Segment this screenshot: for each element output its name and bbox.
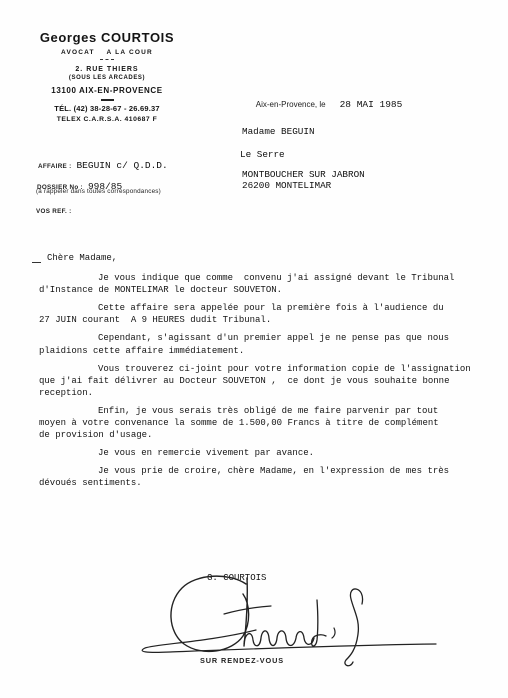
body-line: dévoués sentiments. [39,477,471,489]
body-line: que j'ai fait délivrer au Docteur SOUVET… [39,375,471,387]
affaire-label: AFFAIRE : [38,163,71,170]
body-line: Enfin, je vous serais très obligé de me … [39,405,471,417]
paragraph: Je vous prie de croire, chère Madame, en… [39,465,471,489]
place-date-label: Aix-en-Provence, le [256,100,326,109]
body-line: Cette affaire sera appelée pour la premi… [39,302,471,314]
paragraph: Vous trouverez ci-joint pour votre infor… [39,363,471,399]
sender-title: AVOCAT A LA COUR [28,49,186,56]
affaire-value: BEGUIN c/ Q.D.D. [76,160,167,171]
dateline: Aix-en-Provence, le28 MAI 1985 [238,76,402,130]
letterhead-dashed-rule [100,59,114,60]
body-line: d'Instance de MONTELIMAR le docteur SOUV… [39,284,471,296]
letter-body: Chère Madame, Je vous indique que comme … [39,252,471,496]
footer-note: SUR RENDEZ-VOUS [200,656,284,665]
body-line: Je vous en remercie vivement par avance. [39,447,471,459]
recipient-city: 26200 MONTELIMAR [242,180,331,191]
sender-telex: TELEX C.A.R.S.A. 410687 F [28,116,186,123]
paragraph: Je vous indique que comme convenu j'ai a… [39,272,471,296]
sender-city: 13100 AIX-EN-PROVENCE [28,86,186,95]
recipient-place: Le Serre [240,149,285,160]
paragraph: Cependant, s'agissant d'un premier appel… [39,332,471,356]
paragraph: Je vous en remercie vivement par avance. [39,447,471,459]
body-line: reception. [39,387,471,399]
body-line: Je vous prie de croire, chère Madame, en… [39,465,471,477]
vos-ref-row: VOS REF. : [36,200,72,218]
body-line: plaidions cette affaire immédiatement. [39,345,471,357]
letter-page: Georges COURTOIS AVOCAT A LA COUR 2. RUE… [0,0,508,698]
affaire-row: AFFAIRE :BEGUIN c/ Q.D.D. [38,155,168,173]
recipient-name: Madame BEGUIN [242,126,315,137]
letterhead: Georges COURTOIS AVOCAT A LA COUR 2. RUE… [28,30,186,123]
body-line: Je vous indique que comme convenu j'ai a… [39,272,471,284]
sender-name: Georges COURTOIS [28,30,186,45]
handwritten-signature [138,572,450,684]
sender-street-note: (SOUS LES ARCADES) [28,75,186,81]
body-line: 27 JUIN courant A 9 HEURES dudit Tribuna… [39,314,471,326]
letter-date: 28 MAI 1985 [340,99,403,110]
sender-phone: TÉL. (42) 38-28-67 - 26.69.37 [28,104,186,113]
body-line: moyen à votre convenance la somme de 1.5… [39,417,471,429]
sender-street: 2. RUE THIERS [28,66,186,73]
body-line: Cependant, s'agissant d'un premier appel… [39,332,471,344]
vos-ref-label: VOS REF. : [36,208,72,215]
salutation: Chère Madame, [47,252,471,264]
body-line: de provision d'usage. [39,429,471,441]
dossier-note: (à rappeler dans toutes correspondances) [36,188,161,195]
letterhead-rule [101,99,114,101]
body-line: Vous trouverez ci-joint pour votre infor… [39,363,471,375]
recipient-street: MONTBOUCHER SUR JABRON [242,169,365,180]
paragraph: Enfin, je vous serais très obligé de me … [39,405,471,441]
paragraph: Cette affaire sera appelée pour la premi… [39,302,471,326]
